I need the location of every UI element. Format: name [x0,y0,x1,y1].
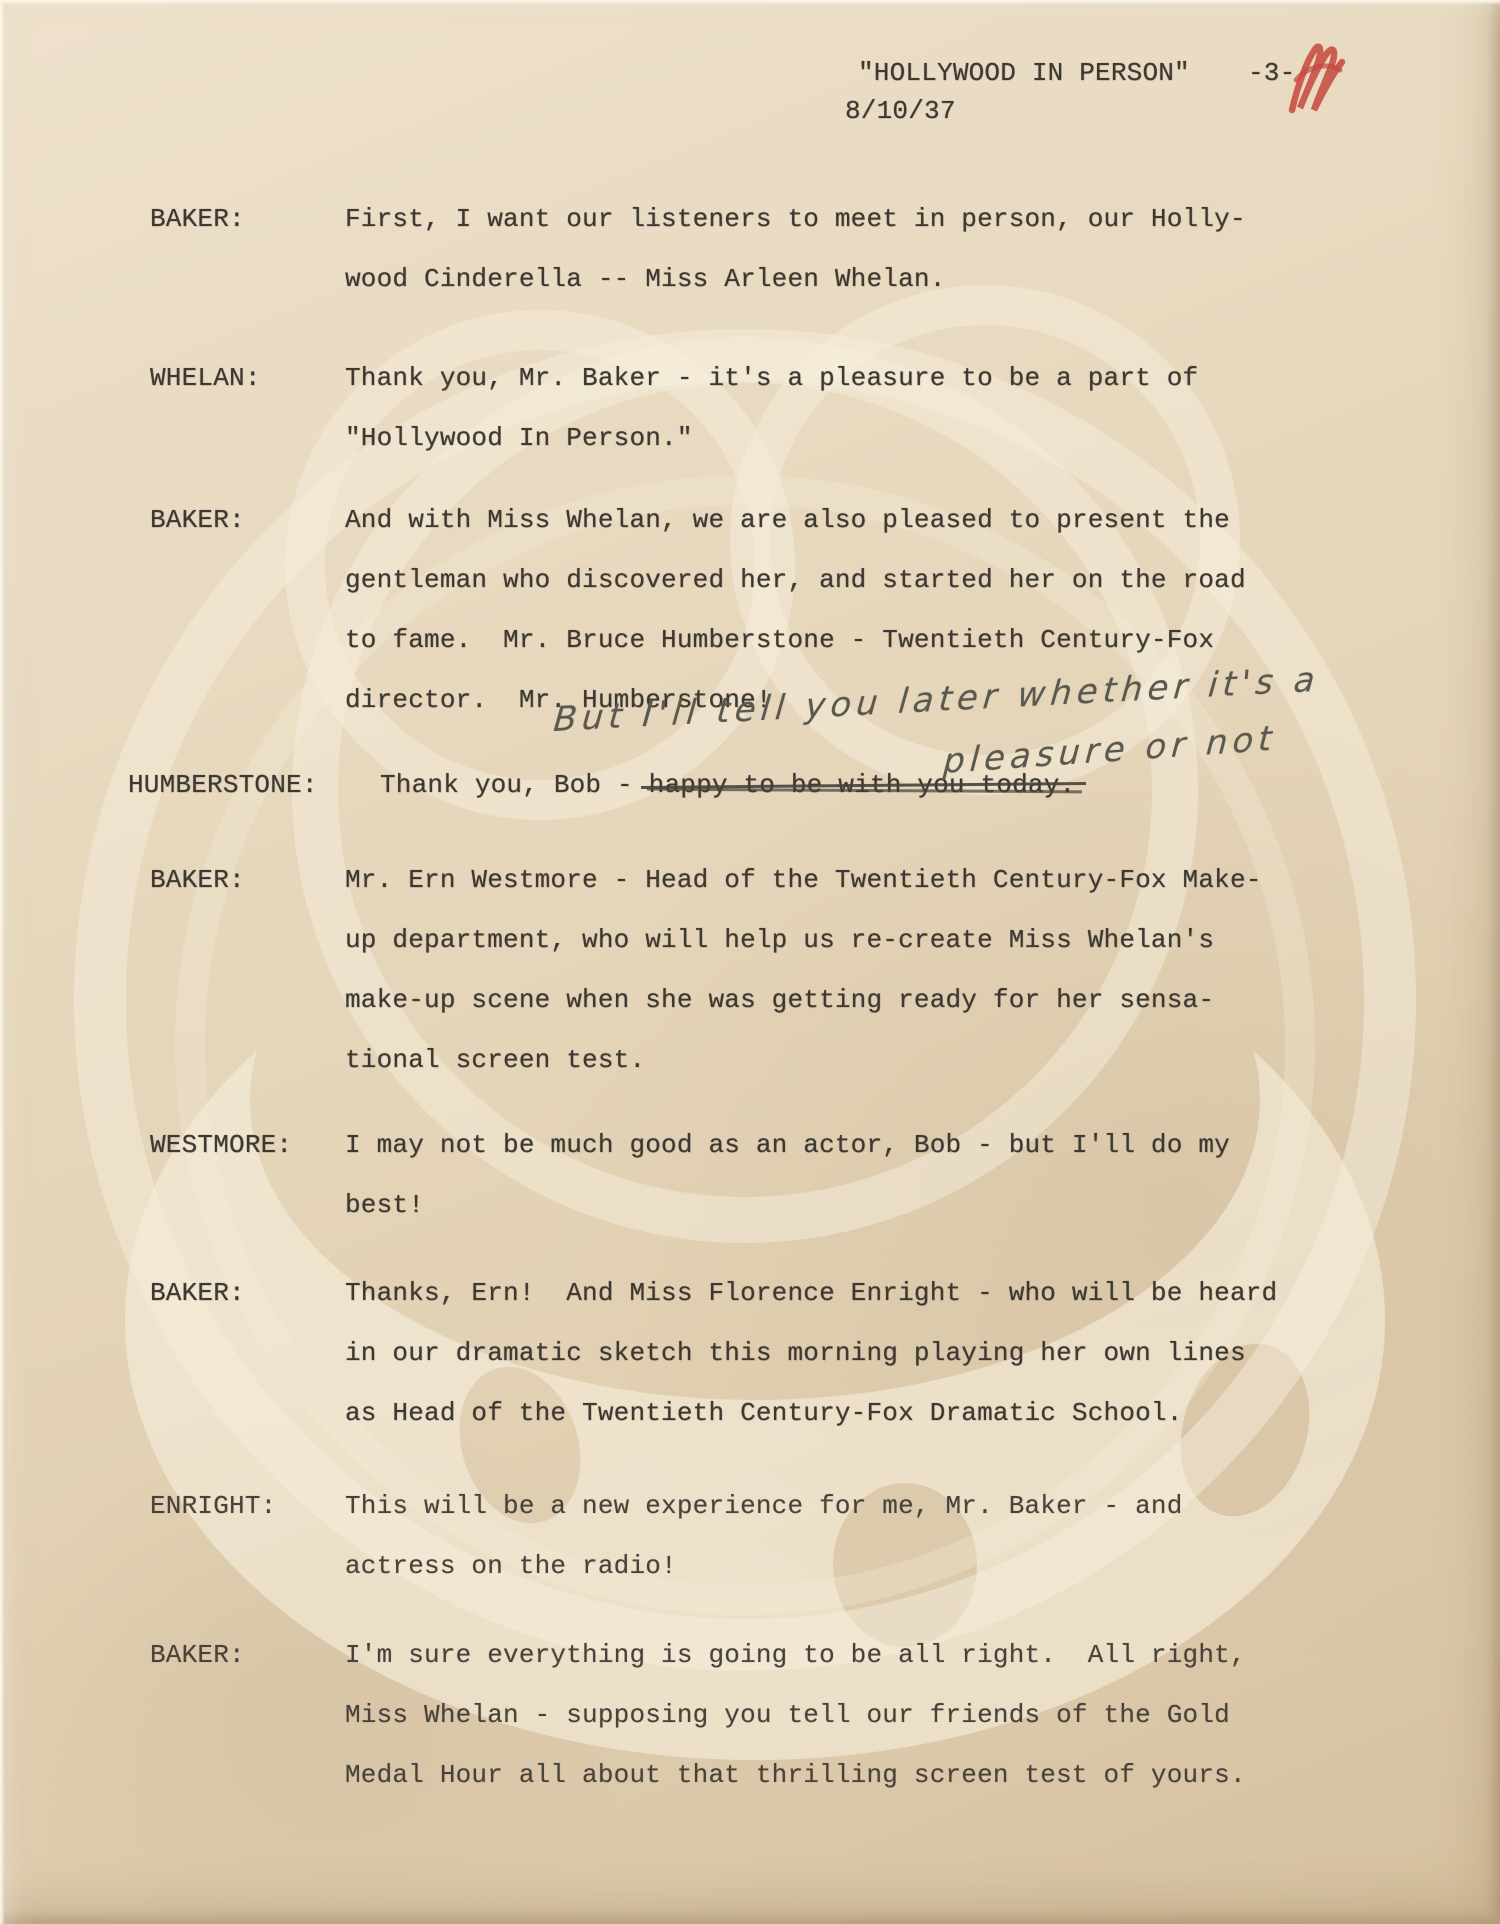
dialogue-line: gentleman who discovered her, and starte… [345,550,1246,610]
speaker-label: WESTMORE: [150,1115,292,1175]
speaker-label: BAKER: [150,850,245,910]
dialogue-line: as Head of the Twentieth Century-Fox Dra… [345,1383,1277,1443]
dialogue-line: First, I want our listeners to meet in p… [345,189,1246,249]
dialogue-line: Medal Hour all about that thrilling scre… [345,1745,1246,1805]
script-body: BAKER:First, I want our listeners to mee… [0,0,1500,1924]
speaker-label: WHELAN: [150,348,261,408]
dialogue-line: This will be a new experience for me, Mr… [345,1476,1183,1536]
dialogue-line: Thank you, Mr. Baker - it's a pleasure t… [345,348,1198,408]
dialogue-line: up department, who will help us re-creat… [345,910,1262,970]
dialogue-lines: This will be a new experience for me, Mr… [345,1476,1183,1596]
red-scribble-mark [1284,36,1350,120]
dialogue-lines: Thanks, Ern! And Miss Florence Enright -… [345,1263,1277,1443]
dialogue-line: Mr. Ern Westmore - Head of the Twentieth… [345,850,1262,910]
dialogue-line: And with Miss Whelan, we are also please… [345,490,1246,550]
dialogue-line: to fame. Mr. Bruce Humberstone - Twentie… [345,610,1246,670]
dialogue-line: I may not be much good as an actor, Bob … [345,1115,1230,1175]
dialogue-line: I'm sure everything is going to be all r… [345,1625,1246,1685]
dialogue-line: Thanks, Ern! And Miss Florence Enright -… [345,1263,1277,1323]
speaker-label: BAKER: [150,1263,245,1323]
speaker-label: BAKER: [150,189,245,249]
speaker-label: HUMBERSTONE: [128,755,318,815]
speaker-label: BAKER: [150,490,245,550]
dialogue-line: wood Cinderella -- Miss Arleen Whelan. [345,249,1246,309]
dialogue-lines: I'm sure everything is going to be all r… [345,1625,1246,1805]
speaker-label: ENRIGHT: [150,1476,276,1536]
dialogue-text: Thank you, Bob - [380,770,649,800]
speaker-label: BAKER: [150,1625,245,1685]
dialogue-lines: Thank you, Mr. Baker - it's a pleasure t… [345,348,1198,468]
script-page: "HOLLYWOOD IN PERSON" -3- 8/10/37 BAKER:… [0,0,1500,1924]
dialogue-lines: Mr. Ern Westmore - Head of the Twentieth… [345,850,1262,1090]
dialogue-lines: I may not be much good as an actor, Bob … [345,1115,1230,1235]
dialogue-line: "Hollywood In Person." [345,408,1198,468]
dialogue-line: best! [345,1175,1230,1235]
dialogue-line: actress on the radio! [345,1536,1183,1596]
dialogue-line: Miss Whelan - supposing you tell our fri… [345,1685,1246,1745]
dialogue-line: tional screen test. [345,1030,1262,1090]
dialogue-lines: First, I want our listeners to meet in p… [345,189,1246,309]
dialogue-line: make-up scene when she was getting ready… [345,970,1262,1030]
dialogue-line: in our dramatic sketch this morning play… [345,1323,1277,1383]
